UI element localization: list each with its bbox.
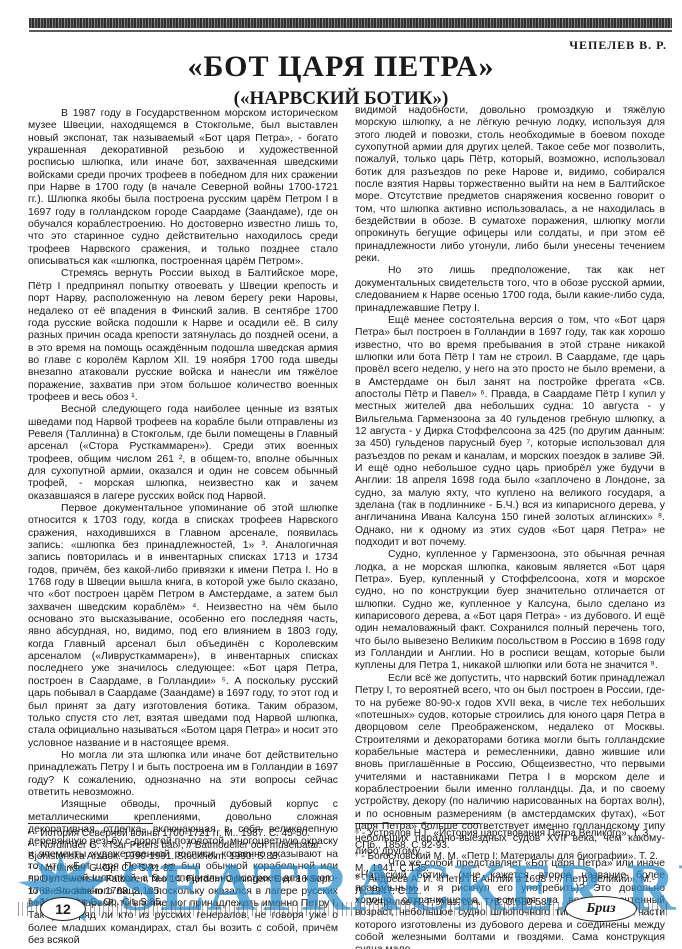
magazine-logo: Бриз (565, 896, 637, 922)
paragraph: В 1987 году в Государственном морском ис… (28, 108, 338, 268)
paragraph: Но могла ли эта шлюпка или иначе бот дей… (28, 750, 338, 799)
header-rule (29, 30, 672, 32)
footnote-rule-left (28, 823, 153, 824)
paragraph: Весной следующего года наиболее ценные и… (28, 404, 338, 503)
paragraph: Но это лишь предположение, так как нет д… (355, 265, 665, 314)
paragraph: Судно, купленное у Гармензоона, это обыч… (355, 549, 665, 672)
paragraph: Стремясь вернуть России выход в Балтийск… (28, 268, 338, 404)
footnote: ¹ - История Северной войны 1700-1721 гг.… (28, 828, 338, 840)
footnote-rule-right (355, 823, 480, 824)
paragraph: Первое документальное упоминание об этой… (28, 503, 338, 750)
left-column: В 1987 году в Государственном морском ис… (28, 108, 338, 947)
header-decorative-bar (29, 18, 672, 28)
article-title: «БОТ ЦАРЯ ПЕТРА» (0, 50, 682, 84)
paragraph: Ещё менее состоятельна версия о том, что… (355, 315, 665, 550)
paragraph: видимой надобности, довольно громоздкую … (355, 105, 665, 265)
page-number: 12 (40, 897, 86, 921)
